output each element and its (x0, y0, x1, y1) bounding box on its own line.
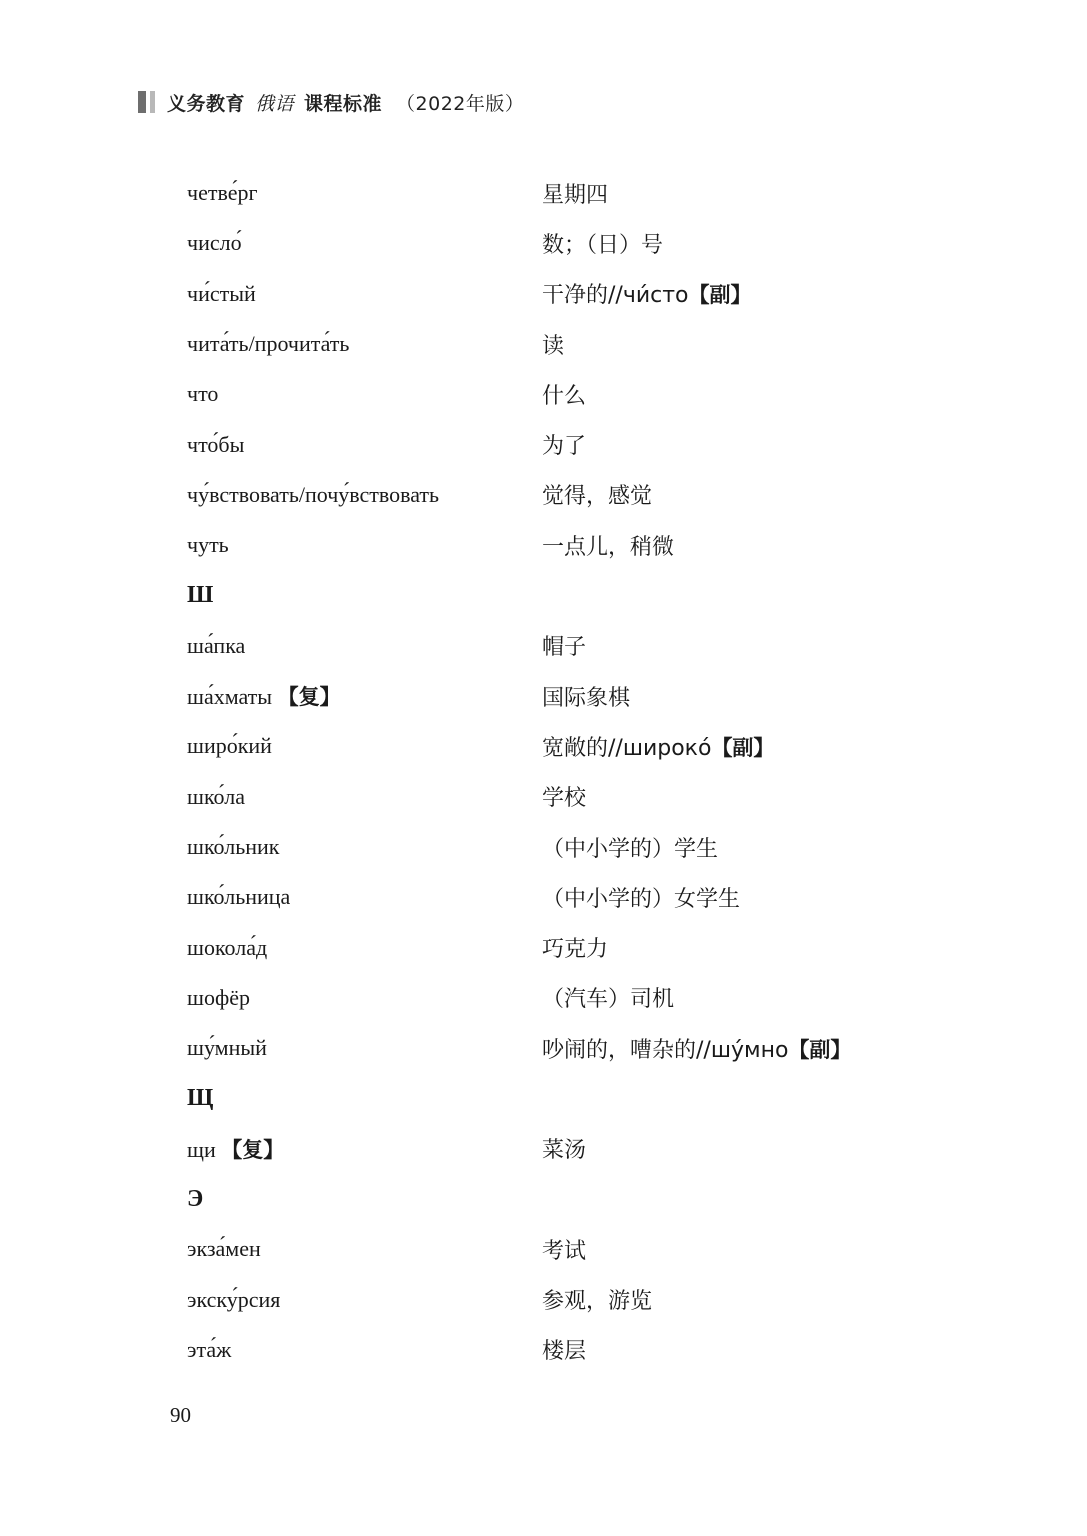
chinese-meaning: 吵闹的，嘈杂的//шу́мно (542, 1038, 788, 1063)
vocab-entry: что́бы为了 (187, 419, 947, 469)
russian-word: чу́вствовать/почу́вствовать (187, 482, 542, 508)
chinese-meaning: 楼层 (542, 1334, 586, 1365)
russian-word: чуть (187, 532, 542, 558)
russian-word: шокола́д (187, 935, 542, 961)
vocab-entry: эта́ж楼层 (187, 1325, 947, 1375)
header-title-part3: 课程标准 (304, 93, 382, 115)
chinese-meaning: 参观，游览 (542, 1284, 652, 1315)
vocab-entry: чи́стый干净的//чи́сто【副】 (187, 269, 947, 319)
chinese-meaning: 考试 (542, 1234, 586, 1265)
russian-word: широ́кий (187, 733, 542, 759)
page-number: 90 (170, 1403, 191, 1428)
russian-word: четве́рг (187, 180, 542, 206)
chinese-meaning: 宽敞的//широко́ (542, 736, 711, 761)
running-header: 义务教育俄语课程标准（2022年版） (138, 90, 524, 114)
russian-word: ша́пка (187, 633, 542, 659)
vocab-entry: число́数；（日）号 (187, 218, 947, 268)
header-mark-light (150, 91, 155, 113)
russian-word: шко́ла (187, 784, 542, 810)
chinese-meaning: 巧克力 (542, 932, 608, 963)
vocab-entry: ша́пка帽子 (187, 621, 947, 671)
letter-heading-e: Э (187, 1174, 947, 1224)
vocab-entry: экза́мен考试 (187, 1224, 947, 1274)
plural-tag: 【复】 (278, 685, 341, 709)
header-title-part1: 义务教育 (167, 93, 245, 115)
letter-heading: Ш (187, 582, 213, 609)
chinese-meaning: （汽车）司机 (542, 982, 674, 1013)
vocab-entry: чуть一点儿，稍微 (187, 520, 947, 570)
header-title: 义务教育俄语课程标准（2022年版） (167, 89, 524, 116)
header-mark-dark (138, 91, 146, 113)
chinese-meaning: 数；（日）号 (542, 228, 663, 259)
adverb-tag: 【副】 (711, 736, 774, 760)
chinese-meaning: 星期四 (542, 178, 608, 209)
russian-word: шко́льник (187, 834, 542, 860)
chinese-meaning: 为了 (542, 429, 586, 460)
vocab-entry: шокола́д巧克力 (187, 922, 947, 972)
russian-word: чи́стый (187, 281, 542, 307)
chinese-meaning: 一点儿，稍微 (542, 530, 674, 561)
chinese-meaning: 菜汤 (542, 1133, 586, 1164)
vocab-entry: четве́рг星期四 (187, 168, 947, 218)
chinese-meaning: 读 (542, 329, 564, 360)
chinese-meaning: 学校 (542, 781, 586, 812)
chinese-meaning: （中小学的）女学生 (542, 882, 740, 913)
vocab-entry: чу́вствовать/почу́вствовать觉得，感觉 (187, 470, 947, 520)
header-title-subject: 俄语 (255, 93, 294, 115)
russian-word: чита́ть/прочита́ть (187, 331, 542, 357)
vocab-entry: шу́мный吵闹的，嘈杂的//шу́мно【副】 (187, 1023, 947, 1073)
chinese-meaning: 国际象棋 (542, 681, 630, 712)
header-title-edition: （2022年版） (396, 93, 524, 115)
chinese-meaning: 觉得，感觉 (542, 479, 652, 510)
vocab-entry: шко́льница（中小学的）女学生 (187, 872, 947, 922)
vocab-entry: чита́ть/прочита́ть读 (187, 319, 947, 369)
vocab-entry: что什么 (187, 369, 947, 419)
russian-word: что́бы (187, 432, 542, 458)
vocab-entry: экску́рсия参观，游览 (187, 1275, 947, 1325)
vocab-entry: широ́кий宽敞的//широко́【副】 (187, 721, 947, 771)
letter-heading: Э (187, 1186, 203, 1213)
russian-word: что (187, 381, 542, 407)
chinese-meaning: 帽子 (542, 630, 586, 661)
header-bar-marks (138, 91, 155, 113)
vocab-entry: шко́ла学校 (187, 772, 947, 822)
russian-word: число́ (187, 230, 542, 256)
vocabulary-list: четве́рг星期四 число́数；（日）号 чи́стый干净的//чи́… (187, 168, 947, 1375)
vocab-entry: шко́льник（中小学的）学生 (187, 822, 947, 872)
adverb-tag: 【副】 (689, 283, 752, 307)
chinese-meaning: 干净的//чи́сто (542, 283, 689, 308)
russian-word: щи (187, 1137, 216, 1162)
vocab-entry: шофёр（汽车）司机 (187, 973, 947, 1023)
plural-tag: 【复】 (221, 1138, 284, 1162)
russian-word: шко́льница (187, 884, 542, 910)
russian-word: шофёр (187, 985, 542, 1011)
russian-word: ша́хматы (187, 684, 272, 709)
russian-word: шу́мный (187, 1035, 542, 1061)
russian-word: экску́рсия (187, 1287, 542, 1313)
russian-word: эта́ж (187, 1337, 542, 1363)
russian-word: экза́мен (187, 1236, 542, 1262)
letter-heading-shcha: Щ (187, 1073, 947, 1123)
vocab-entry: щи 【复】菜汤 (187, 1124, 947, 1174)
vocab-entry: ша́хматы 【复】国际象棋 (187, 671, 947, 721)
chinese-meaning: （中小学的）学生 (542, 832, 718, 863)
letter-heading-sha: Ш (187, 570, 947, 620)
letter-heading: Щ (187, 1085, 213, 1112)
chinese-meaning: 什么 (542, 379, 586, 410)
adverb-tag: 【副】 (788, 1038, 851, 1062)
